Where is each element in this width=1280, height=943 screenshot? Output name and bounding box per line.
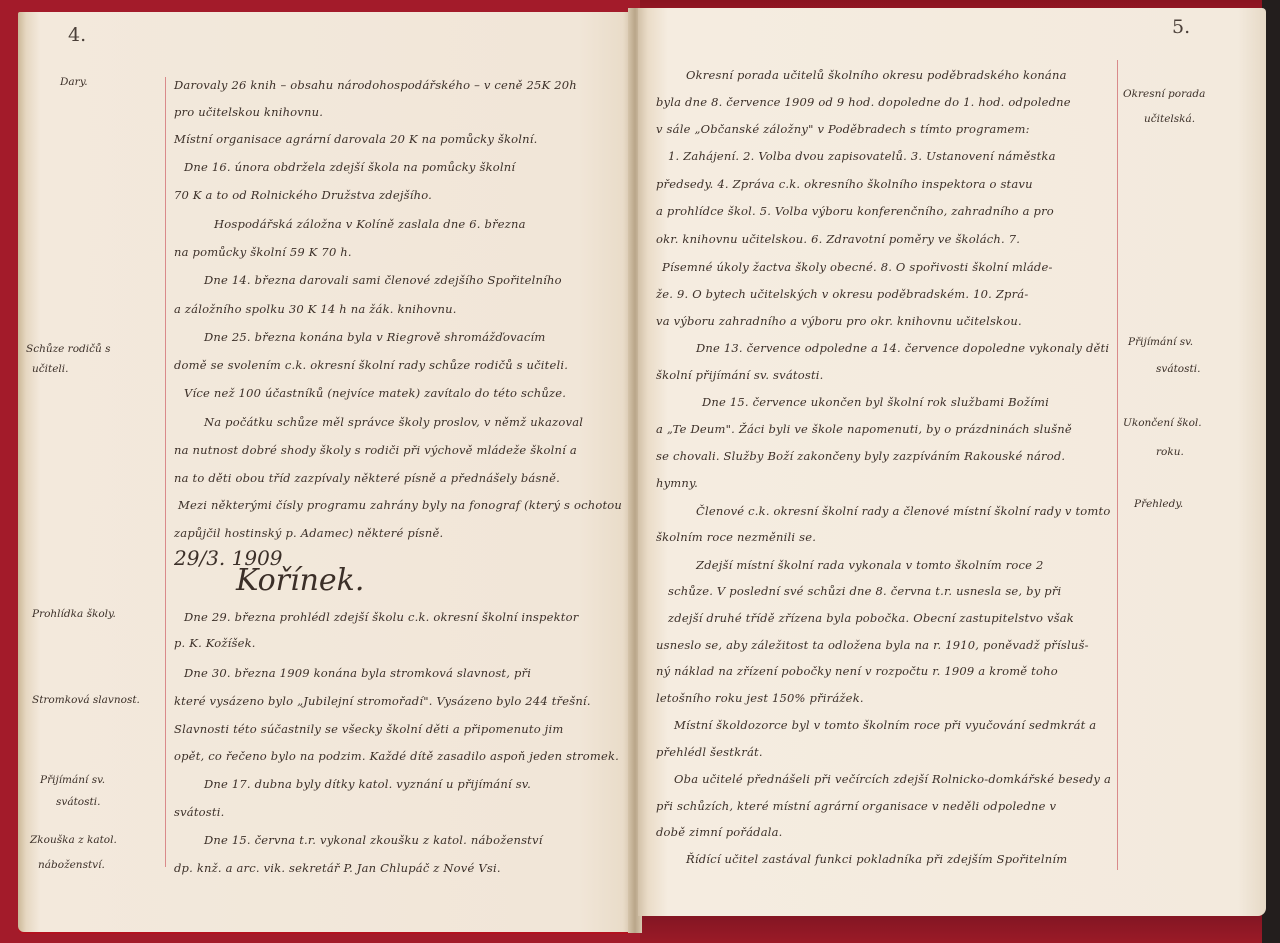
margin-note: Přijímání sv. — [1128, 336, 1193, 348]
text-line: době zimní pořádala. — [656, 825, 783, 839]
text-line: a záložního spolku 30 K 14 h na žák. kni… — [174, 302, 457, 316]
text-line: va výboru zahradního a výboru pro okr. k… — [656, 314, 1022, 328]
text-line: opět, co řečeno bylo na podzim. Každé dí… — [174, 749, 619, 763]
text-line: dp. knž. a arc. vik. sekretář P. Jan Chl… — [174, 861, 501, 875]
margin-note: svátosti. — [1156, 363, 1200, 375]
text-line: na pomůcky školní 59 K 70 h. — [174, 245, 352, 259]
text-line: na to děti obou tříd zazpívaly některé p… — [174, 471, 560, 485]
text-line: které vysázeno bylo „Jubilejní stromořad… — [174, 694, 591, 708]
page-number: 4. — [68, 24, 86, 46]
text-line: okr. knihovnu učitelskou. 6. Zdravotní p… — [656, 232, 1020, 246]
text-line: přehlédl šestkrát. — [656, 745, 763, 759]
margin-note: Dary. — [60, 76, 88, 88]
margin-note: roku. — [1156, 446, 1184, 458]
margin-note: náboženství. — [38, 859, 105, 871]
margin-note: Stromková slavnost. — [32, 694, 140, 706]
text-line: 1. Zahájení. 2. Volba dvou zapisovatelů.… — [668, 149, 1056, 163]
text-line: Dne 16. února obdržela zdejší škola na p… — [184, 160, 515, 174]
margin-note: Schůze rodičů s — [26, 343, 110, 355]
text-line: na nutnost dobré shody školy s rodiči př… — [174, 443, 577, 457]
margin-rule — [1117, 60, 1118, 870]
text-line: Slavnosti této súčastnily se všecky škol… — [174, 722, 563, 736]
text-line: Mezi některými čísly programu zahrány by… — [178, 498, 622, 512]
text-line: pro učitelskou knihovnu. — [174, 105, 323, 119]
text-line: letošního roku jest 150% přirážek. — [656, 691, 864, 705]
text-line: Okresní porada učitelů školního okresu p… — [686, 68, 1067, 82]
text-line: Dne 25. března konána byla v Riegrově sh… — [204, 330, 545, 344]
text-line: Řídící učitel zastával funkci pokladníka… — [686, 852, 1067, 866]
margin-rule — [165, 77, 166, 867]
text-line: při schůzích, které místní agrární organ… — [656, 799, 1056, 813]
text-line: Dne 13. července odpoledne a 14. červenc… — [696, 341, 1109, 355]
text-line: že. 9. O bytech učitelských v okresu pod… — [656, 287, 1028, 301]
margin-note: Zkouška z katol. — [30, 834, 117, 846]
margin-note: učitelská. — [1144, 113, 1195, 125]
text-line: Dne 17. dubna byly dítky katol. vyznání … — [204, 777, 531, 791]
text-line: předsedy. 4. Zpráva c.k. okresního školn… — [656, 177, 1033, 191]
margin-note: Ukončení škol. — [1123, 417, 1202, 429]
text-line: a prohlídce škol. 5. Volba výboru konfer… — [656, 204, 1054, 218]
text-line: schůze. V poslední své schůzi dne 8. čer… — [668, 584, 1061, 598]
text-line: Hospodářská záložna v Kolíně zaslala dne… — [214, 217, 526, 231]
text-line: a „Te Deum". Žáci byli ve škole napomenu… — [656, 422, 1072, 436]
text-line: v sále „Občanské záložny" v Poděbradech … — [656, 122, 1030, 136]
text-line: zdejší druhé třídě zřízena byla pobočka.… — [668, 611, 1074, 625]
text-line: 70 K a to od Rolnického Družstva zdejšíh… — [174, 188, 432, 202]
text-line: svátosti. — [174, 805, 224, 819]
text-line: školním roce nezměnili se. — [656, 530, 816, 544]
margin-note: svátosti. — [56, 796, 100, 808]
text-line: Zdejší místní školní rada vykonala v tom… — [696, 558, 1044, 572]
text-line: se chovali. Služby Boží zakončeny byly z… — [656, 449, 1065, 463]
margin-note: Přehledy. — [1134, 498, 1183, 510]
margin-note: Prohlídka školy. — [32, 608, 116, 620]
page-number: 5. — [1172, 16, 1190, 38]
text-line: Dne 15. července ukončen byl školní rok … — [702, 395, 1049, 409]
text-line: domě se svolením c.k. okresní školní rad… — [174, 358, 568, 372]
text-line: Místní školdozorce byl v tomto školním r… — [674, 718, 1096, 732]
margin-note: Přijímání sv. — [40, 774, 105, 786]
text-line: Na počátku schůze měl správce školy pros… — [204, 415, 583, 429]
signature-name: Kořínek. — [236, 563, 364, 598]
text-line: Místní organisace agrární darovala 20 K … — [174, 132, 538, 146]
text-line: hymny. — [656, 476, 698, 490]
text-line: školní přijímání sv. svátosti. — [656, 368, 824, 382]
text-line: Dne 29. března prohlédl zdejší školu c.k… — [184, 610, 578, 624]
text-line: p. K. Kožíšek. — [174, 636, 256, 650]
text-line: Více než 100 účastníků (nejvíce matek) z… — [184, 386, 566, 400]
text-line: ný náklad na zřízení pobočky není v rozp… — [656, 664, 1058, 678]
text-line: usneslo se, aby záležitost ta odložena b… — [656, 638, 1089, 652]
text-line: Darovaly 26 knih – obsahu národohospodář… — [174, 78, 577, 92]
text-line: Dne 15. června t.r. vykonal zkoušku z ka… — [204, 833, 543, 847]
margin-note: učiteli. — [32, 363, 69, 375]
text-line: Písemné úkoly žactva školy obecné. 8. O … — [662, 260, 1053, 274]
text-line: Členové c.k. okresní školní rady a členo… — [696, 504, 1110, 518]
left-page: 4. Dary. Schůze rodičů s učiteli. Prohlí… — [18, 12, 630, 932]
text-line: Dne 14. března darovali sami členové zde… — [204, 273, 562, 287]
right-page: 5. Okresní porada učitelská. Přijímání s… — [638, 8, 1266, 916]
text-line: Dne 30. března 1909 konána byla stromkov… — [184, 666, 531, 680]
margin-note: Okresní porada — [1123, 88, 1205, 100]
text-line: byla dne 8. července 1909 od 9 hod. dopo… — [656, 95, 1071, 109]
text-line: Oba učitelé přednášeli při večírcích zde… — [674, 772, 1111, 786]
text-line: zapůjčil hostinský p. Adamec) některé pí… — [174, 526, 443, 540]
